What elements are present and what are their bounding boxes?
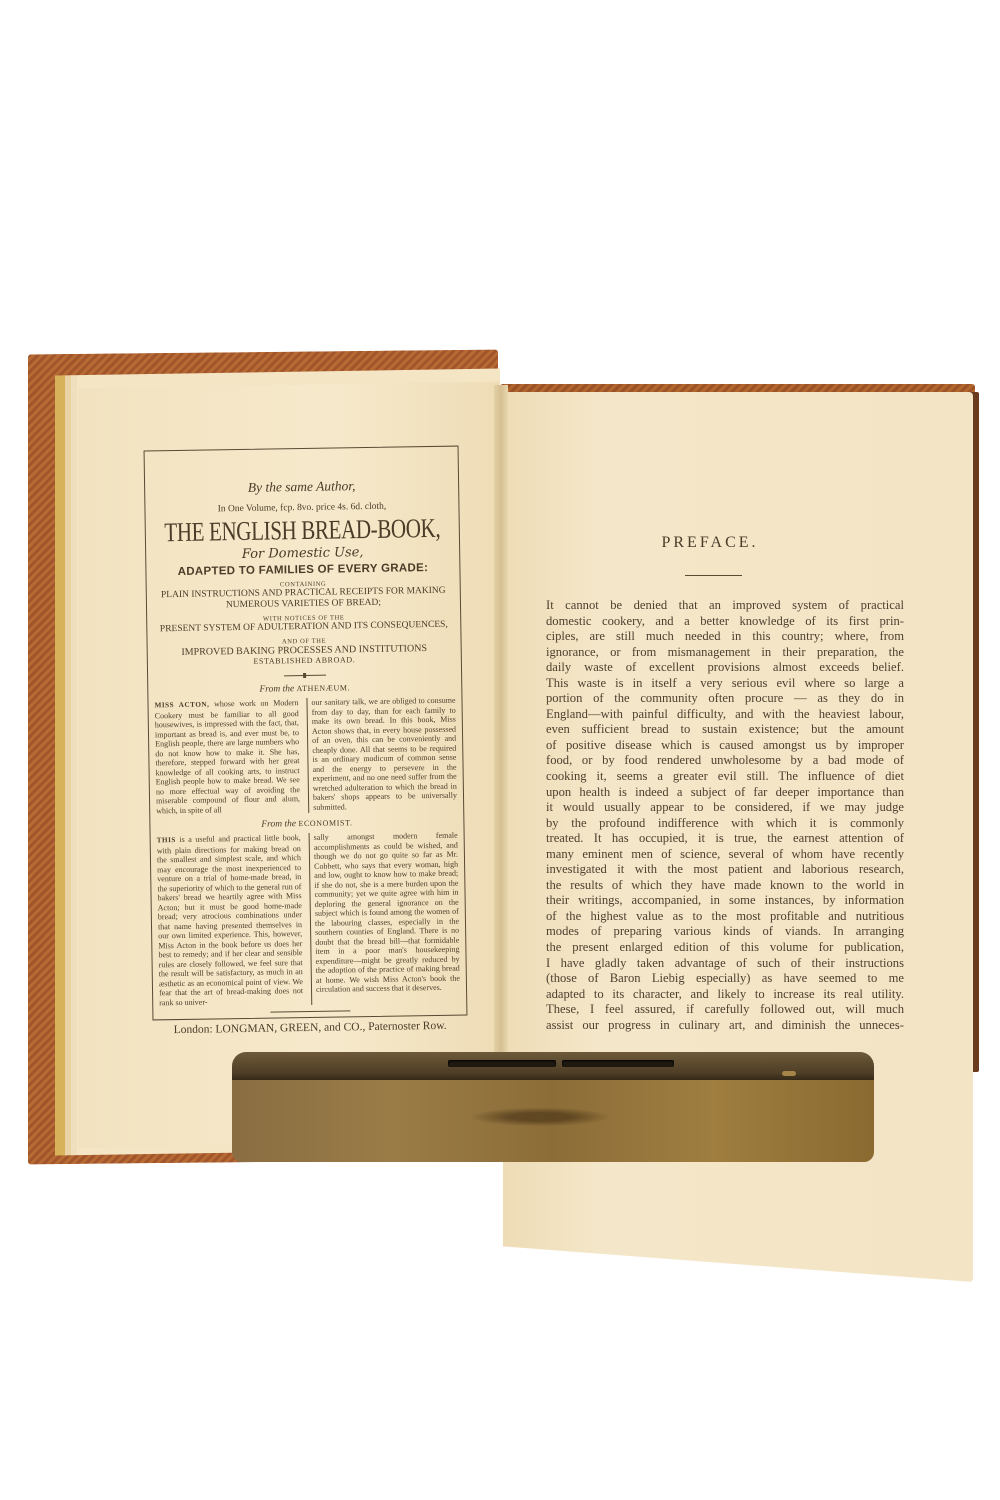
review-lead: MISS ACTON, (154, 701, 209, 710)
ad-adapted: ADAPTED TO FAMILIES OF EVERY GRADE: (152, 562, 453, 579)
preface-line: cooking it, seems a greater evil still. … (546, 769, 904, 785)
preface-line: adapted to its character, and likely to … (546, 987, 904, 1003)
preface-line: assist our progress in culinary art, and… (546, 1018, 904, 1034)
preface-heading: PREFACE. (610, 534, 810, 552)
preface-line: ignorance, or from mismanagement in thei… (546, 645, 904, 661)
preface-line: food, or by food rendered unwholesome by… (546, 753, 904, 769)
preface-line: upon health is indeed a subject of far d… (546, 785, 904, 801)
preface-line: daily waste of excellent provisions almo… (546, 660, 904, 676)
review-text: is a useful and practical little book, w… (157, 833, 303, 1007)
preface-line: their writings, accompanied, in some ins… (546, 893, 904, 909)
review-lead: THIS (157, 836, 176, 844)
preface-line: modes of preparing various kinds of vian… (546, 924, 904, 940)
preface-line: These, I feel assured, if carefully foll… (546, 1002, 904, 1018)
stand-pin (782, 1071, 796, 1076)
preface-line: by the profound indifference with which … (546, 816, 904, 832)
preface-line: England—with painful difficulty, and wit… (546, 707, 904, 723)
review-source-economist: From the ECONOMIST. (156, 817, 457, 832)
review-text: sally amongst modern female accomplishme… (314, 831, 460, 994)
review-column-left: THIS is a useful and practical little bo… (157, 833, 304, 1007)
review-text: whose work on Modern Cookery must be fam… (155, 698, 300, 815)
review-source-name: ATHENÆUM. (296, 683, 350, 693)
preface-body: It cannot be denied that an improved sys… (546, 598, 904, 1033)
preface-line: I have gladly taken advantage of such of… (546, 956, 904, 972)
preface-line: of the highest value as to the most prof… (546, 909, 904, 925)
review-column-right: sally amongst modern female accomplishme… (309, 831, 461, 1005)
preface-line: domestic cookery, and a better knowledge… (546, 614, 904, 630)
ad-by-line: By the same Author, (151, 477, 452, 498)
preface-line: portion of the community often procure —… (546, 691, 904, 707)
review-text: our sanitary talk, we are obliged to con… (311, 696, 457, 812)
wooden-book-stand (232, 1052, 874, 1162)
review-column-left: MISS ACTON, whose work on Modern Cookery… (154, 698, 300, 815)
review-athenaeum: MISS ACTON, whose work on Modern Cookery… (154, 696, 457, 816)
preface-rule (685, 575, 742, 576)
review-column-right: our sanitary talk, we are obliged to con… (306, 696, 457, 813)
preface-line: it would usually appear to be considered… (546, 800, 904, 816)
stand-front (232, 1080, 874, 1162)
preface-line: treated. It has occupied, it is true, th… (546, 831, 904, 847)
stand-top (232, 1052, 874, 1082)
stand-slot (562, 1060, 674, 1067)
review-source-prefix: From the (259, 684, 294, 695)
ad-book-title: THE ENGLISH BREAD-BOOK, (154, 513, 452, 548)
ad-footer-rule (270, 1010, 350, 1012)
stand-slot (448, 1060, 556, 1067)
preface-line: This waste is in itself a very serious e… (546, 676, 904, 692)
preface-line: many eminent men of science, several of … (546, 847, 904, 863)
preface-line: of positive disease which is caused amon… (546, 738, 904, 754)
ad-ornament-rule (284, 675, 326, 677)
review-economist: THIS is a useful and practical little bo… (157, 831, 461, 1008)
review-source-athenaeum: From the ATHENÆUM. (154, 682, 455, 697)
book-gutter (494, 385, 508, 1145)
preface-line: the present enlarged edition of this vol… (546, 940, 904, 956)
preface-line: the results of which they have made know… (546, 878, 904, 894)
preface-line: even sufficient bread to sustain existen… (546, 722, 904, 738)
review-source-prefix: From the (261, 819, 296, 830)
preface-line: ciples, are still much needed in this co… (546, 629, 904, 645)
preface-line: (those of Baron Liebig especially) as ha… (546, 971, 904, 987)
review-source-name: ECONOMIST. (298, 818, 352, 828)
advertisement-box: By the same Author, In One Volume, fcp. … (144, 446, 468, 1021)
preface-line: investigated it with the most patient an… (546, 862, 904, 878)
ad-plain-instructions: PLAIN INSTRUCTIONS AND PRACTICAL RECEIPT… (153, 586, 454, 613)
preface-line: It cannot be denied that an improved sys… (546, 598, 904, 614)
